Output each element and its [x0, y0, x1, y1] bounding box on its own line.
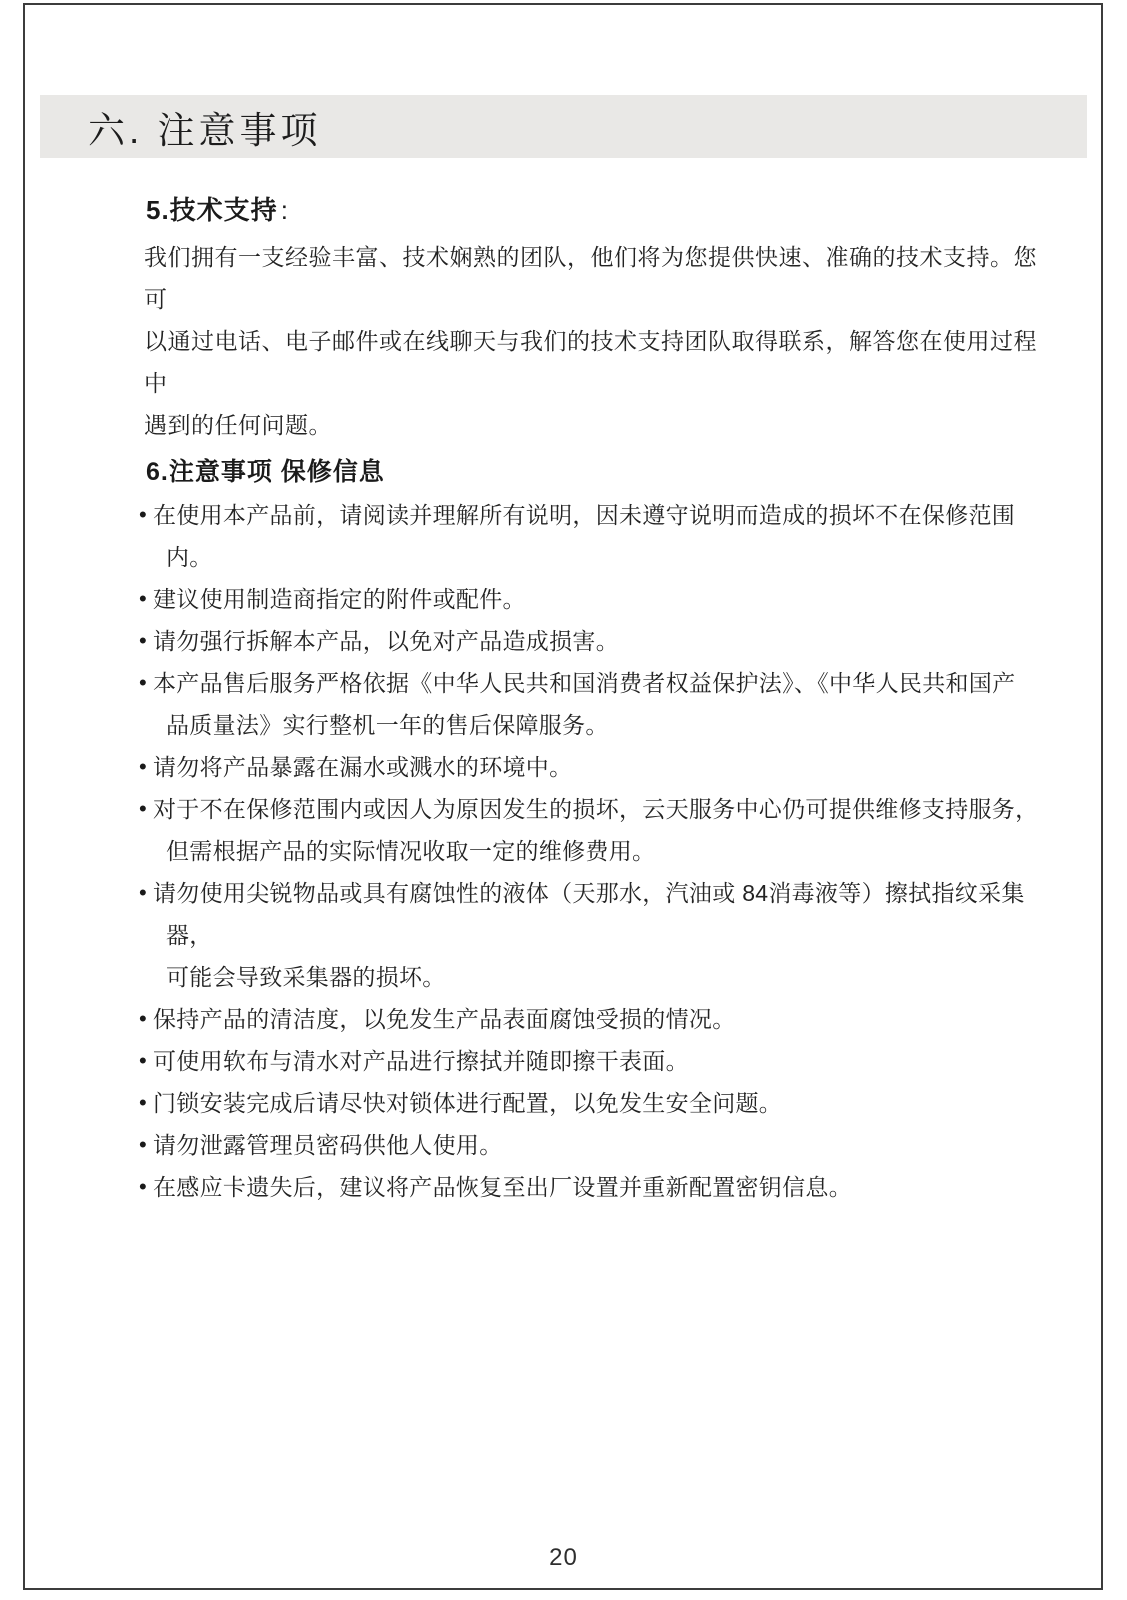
- bullet-icon: •: [139, 788, 147, 830]
- list-item-text: 门锁安装完成后请尽快对锁体进行配置，以免发生安全问题。: [153, 1082, 1040, 1124]
- list-item-text: 本产品售后服务严格依据《中华人民共和国消费者权益保护法》、《中华人民共和国产 品…: [153, 662, 1040, 746]
- bullet-icon: •: [139, 1082, 147, 1124]
- page-number: 20: [0, 1544, 1127, 1572]
- bullet-icon: •: [139, 998, 147, 1040]
- list-item-text: 保持产品的清洁度，以免发生产品表面腐蚀受损的情况。: [153, 998, 1040, 1040]
- section-header-banner: 六. 注意事项: [40, 95, 1087, 158]
- list-item-text: 对于不在保修范围内或因人为原因发生的损坏，云天服务中心仍可提供维修支持服务， 但…: [153, 788, 1040, 872]
- list-item: • 建议使用制造商指定的附件或配件。: [153, 578, 1040, 620]
- list-item: • 在感应卡遗失后，建议将产品恢复至出厂设置并重新配置密钥信息。: [153, 1166, 1040, 1208]
- list-item: • 对于不在保修范围内或因人为原因发生的损坏，云天服务中心仍可提供维修支持服务，…: [153, 788, 1040, 872]
- list-item: • 本产品售后服务严格依据《中华人民共和国消费者权益保护法》、《中华人民共和国产…: [153, 662, 1040, 746]
- list-item-text: 请勿使用尖锐物品或具有腐蚀性的液体（天那水，汽油或 84消毒液等）擦拭指纹采集器…: [153, 872, 1040, 998]
- list-item: • 可使用软布与清水对产品进行擦拭并随即擦干表面。: [153, 1040, 1040, 1082]
- bullet-icon: •: [139, 662, 147, 704]
- bullet-icon: •: [139, 1040, 147, 1082]
- bullet-icon: •: [139, 872, 147, 914]
- bullet-icon: •: [139, 746, 147, 788]
- list-item-text: 请勿将产品暴露在漏水或溅水的环境中。: [153, 746, 1040, 788]
- bullet-icon: •: [139, 494, 147, 536]
- precaution-list: • 在使用本产品前，请阅读并理解所有说明，因未遵守说明而造成的损坏不在保修范围内…: [140, 494, 1040, 1208]
- list-item: • 在使用本产品前，请阅读并理解所有说明，因未遵守说明而造成的损坏不在保修范围内…: [153, 494, 1040, 578]
- list-item: • 请勿将产品暴露在漏水或溅水的环境中。: [153, 746, 1040, 788]
- subsection-heading-label: 5.技术支持: [146, 195, 278, 225]
- list-item-text: 在感应卡遗失后，建议将产品恢复至出厂设置并重新配置密钥信息。: [153, 1166, 1040, 1208]
- heading-colon: :: [278, 195, 289, 225]
- list-item-text: 请勿强行拆解本产品，以免对产品造成损害。: [153, 620, 1040, 662]
- list-item: • 请勿使用尖锐物品或具有腐蚀性的液体（天那水，汽油或 84消毒液等）擦拭指纹采…: [153, 872, 1040, 998]
- subsection-heading-tech-support: 5.技术支持:: [146, 190, 1040, 230]
- list-item-text: 建议使用制造商指定的附件或配件。: [153, 578, 1040, 620]
- list-item: • 请勿泄露管理员密码供他人使用。: [153, 1124, 1040, 1166]
- content-area: 5.技术支持: 我们拥有一支经验丰富、技术娴熟的团队，他们将为您提供快速、准确的…: [140, 190, 1040, 1208]
- list-item: • 请勿强行拆解本产品，以免对产品造成损害。: [153, 620, 1040, 662]
- bullet-icon: •: [139, 578, 147, 620]
- list-item-text: 在使用本产品前，请阅读并理解所有说明，因未遵守说明而造成的损坏不在保修范围内。: [153, 494, 1040, 578]
- list-item: • 保持产品的清洁度，以免发生产品表面腐蚀受损的情况。: [153, 998, 1040, 1040]
- tech-support-paragraph: 我们拥有一支经验丰富、技术娴熟的团队，他们将为您提供快速、准确的技术支持。您可 …: [144, 236, 1040, 446]
- list-item: • 门锁安装完成后请尽快对锁体进行配置，以免发生安全问题。: [153, 1082, 1040, 1124]
- list-item-text: 可使用软布与清水对产品进行擦拭并随即擦干表面。: [153, 1040, 1040, 1082]
- subsection-heading-warranty: 6.注意事项 保修信息: [146, 452, 1040, 492]
- list-item-text: 请勿泄露管理员密码供他人使用。: [153, 1124, 1040, 1166]
- bullet-icon: •: [139, 1124, 147, 1166]
- bullet-icon: •: [139, 620, 147, 662]
- bullet-icon: •: [139, 1166, 147, 1208]
- section-title: 六. 注意事项: [88, 100, 322, 154]
